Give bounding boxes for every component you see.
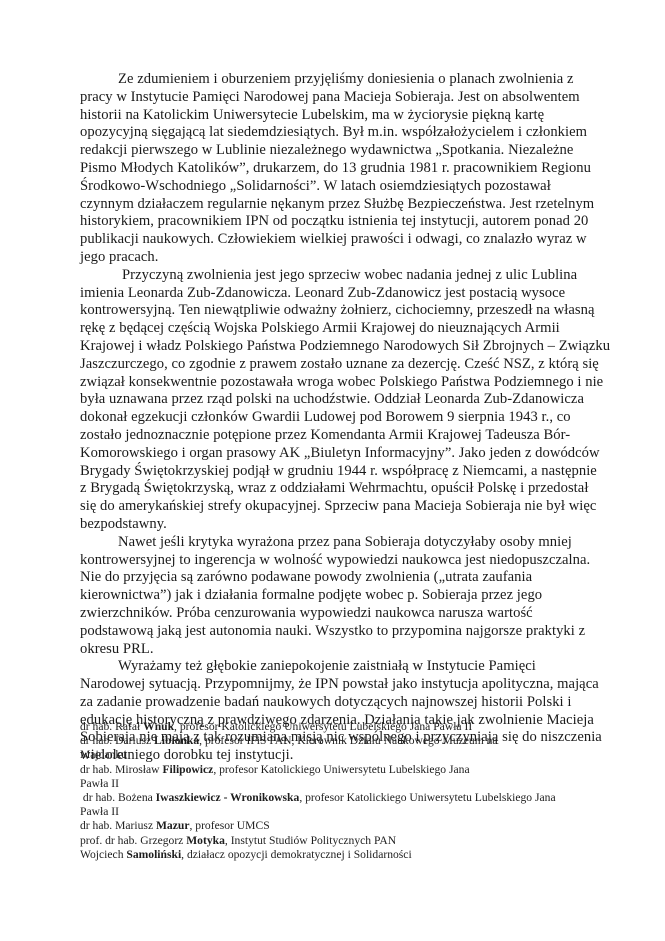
signature-prefix: dr hab. Rafał <box>80 720 143 733</box>
text-line: Nie do przyjęcia są zarówno podawane pow… <box>80 569 600 587</box>
signature-prefix: Pawła II <box>80 805 119 818</box>
text-line: Narodowej sytuacją. Przypomnijmy, że IPN… <box>80 676 600 694</box>
text-line: Nawet jeśli krytyka wyrażona przez pana … <box>80 534 600 552</box>
signature-surname: Wnuk <box>143 720 174 733</box>
signature-line: Pawła II <box>80 777 600 791</box>
signatures-list: dr hab. Rafał Wnuk, profesor Katolickieg… <box>80 720 600 862</box>
signature-line: dr hab. Rafał Wnuk, profesor Katolickieg… <box>80 720 600 734</box>
text-line: redakcji pierwszego w Lublinie niezależn… <box>80 142 600 160</box>
signature-line: dr hab. Bożena Iwaszkiewicz - Wronikowsk… <box>80 791 600 805</box>
text-line: kontrowersyjnej to ingerencja w wolność … <box>80 552 600 570</box>
text-line: z Brygadą Świętokrzyską, wraz z oddziała… <box>80 480 600 498</box>
signature-surname: Mazur <box>156 819 189 832</box>
text-line: imienia Leonarda Zub-Zdanowicza. Leonard… <box>80 285 600 303</box>
text-line: Ze zdumieniem i oburzeniem przyjęliśmy d… <box>80 71 600 89</box>
text-line: dokonał egzekucji członków Gwardii Ludow… <box>80 409 600 427</box>
document-page: Ze zdumieniem i oburzeniem przyjęliśmy d… <box>0 0 665 941</box>
text-line: Wyrażamy też głębokie zaniepokojenie zai… <box>80 658 600 676</box>
signature-surname: Motyka <box>186 834 225 847</box>
paragraph-2: Przyczyną zwolnienia jest jego sprzeciw … <box>80 267 600 534</box>
text-line: Przyczyną zwolnienia jest jego sprzeciw … <box>80 267 600 285</box>
text-line: kierownictwa”) jak i działania formalne … <box>80 587 600 605</box>
signature-surname: Filipowicz <box>162 763 213 776</box>
signature-affiliation: , profesor Katolickiego Uniwersytetu Lub… <box>213 763 469 776</box>
signature-line: Pawła II <box>80 805 600 819</box>
text-line: Pismo Młodych Katolików”, drukarzem, do … <box>80 160 600 178</box>
signature-line: dr hab. Mariusz Mazur, profesor UMCS <box>80 819 600 833</box>
text-line: okresu PRL. <box>80 641 600 659</box>
text-line: podstawową jaką jest autonomia nauki. Ws… <box>80 623 600 641</box>
text-line: historykiem, pracownikiem IPN od początk… <box>80 213 600 231</box>
text-line: rękę z będącej częścią Wojska Polskiego … <box>80 320 600 338</box>
signature-surname: Libionka <box>154 734 199 747</box>
text-line: kontrowersyjną. Ten niewątpliwie odważny… <box>80 302 600 320</box>
text-line: się do amerykańskiej strefy okupacyjnej.… <box>80 498 600 516</box>
text-line: za zadanie prowadzenie badań naukowych d… <box>80 694 600 712</box>
signature-line: Wojciech Samoliński, działacz opozycji d… <box>80 848 600 862</box>
signature-affiliation: , Instytut Studiów Politycznych PAN <box>225 834 396 847</box>
paragraph-1: Ze zdumieniem i oburzeniem przyjęliśmy d… <box>80 71 600 267</box>
text-line: publikacji naukowych. Człowiekiem wielki… <box>80 231 600 249</box>
text-line: Krajowej i władz Polskiego Państwa Podzi… <box>80 338 600 356</box>
signature-prefix: dr hab. Bożena <box>80 791 156 804</box>
text-line: zwierzchników. Próba cenzurowania wypowi… <box>80 605 600 623</box>
signature-prefix: Wojciech <box>80 848 126 861</box>
signature-surname: Samoliński <box>126 848 181 861</box>
signature-line: Majdanku <box>80 748 600 762</box>
paragraph-3: Nawet jeśli krytyka wyrażona przez pana … <box>80 534 600 659</box>
signature-prefix: prof. dr hab. Grzegorz <box>80 834 186 847</box>
signature-prefix: dr hab. Dariusz <box>80 734 154 747</box>
text-line: jego pracach. <box>80 249 600 267</box>
text-line: Brygady Świętokrzyskiej podjął w grudniu… <box>80 463 600 481</box>
signature-line: dr hab. Mirosław Filipowicz, profesor Ka… <box>80 763 600 777</box>
text-line: historii na Katolickim Uniwersytecie Lub… <box>80 107 600 125</box>
text-line: opozycyjną sięgającą lat siedemdziesiąty… <box>80 124 600 142</box>
text-line: Środkowo-Wschodniego „Solidarności”. W l… <box>80 178 600 196</box>
letter-body: Ze zdumieniem i oburzeniem przyjęliśmy d… <box>80 71 600 765</box>
signature-line: prof. dr hab. Grzegorz Motyka, Instytut … <box>80 834 600 848</box>
signature-affiliation: , działacz opozycji demokratycznej i Sol… <box>181 848 412 861</box>
signature-affiliation: , profesor IFiS PAN, Kierownik Działu Na… <box>199 734 497 747</box>
signature-affiliation: , profesor UMCS <box>189 819 269 832</box>
text-line: związał konsekwentnie pozostawała wroga … <box>80 374 600 392</box>
text-line: Jaszczurczego, co zgodnie z prawem zosta… <box>80 356 600 374</box>
text-line: Komorowskiego i organ prasowy AK „Biulet… <box>80 445 600 463</box>
signature-prefix: dr hab. Mariusz <box>80 819 156 832</box>
signature-prefix: Pawła II <box>80 777 119 790</box>
signature-prefix: Majdanku <box>80 748 127 761</box>
signature-prefix: dr hab. Mirosław <box>80 763 162 776</box>
text-line: pracy w Instytucie Pamięci Narodowej pan… <box>80 89 600 107</box>
signature-affiliation: , profesor Katolickiego Uniwersytetu Lub… <box>299 791 555 804</box>
text-line: była uznawana przez rząd polski na uchod… <box>80 391 600 409</box>
signature-line: dr hab. Dariusz Libionka, profesor IFiS … <box>80 734 600 748</box>
signature-affiliation: , profesor Katolickiego Uniwersytetu Lub… <box>174 720 472 733</box>
signature-surname: Iwaszkiewicz - Wronikowska <box>156 791 300 804</box>
text-line: bezpodstawny. <box>80 516 600 534</box>
text-line: zostało jednoznacznie potępione przez Ko… <box>80 427 600 445</box>
text-line: czynnym działaczem regularnie nękanym pr… <box>80 196 600 214</box>
